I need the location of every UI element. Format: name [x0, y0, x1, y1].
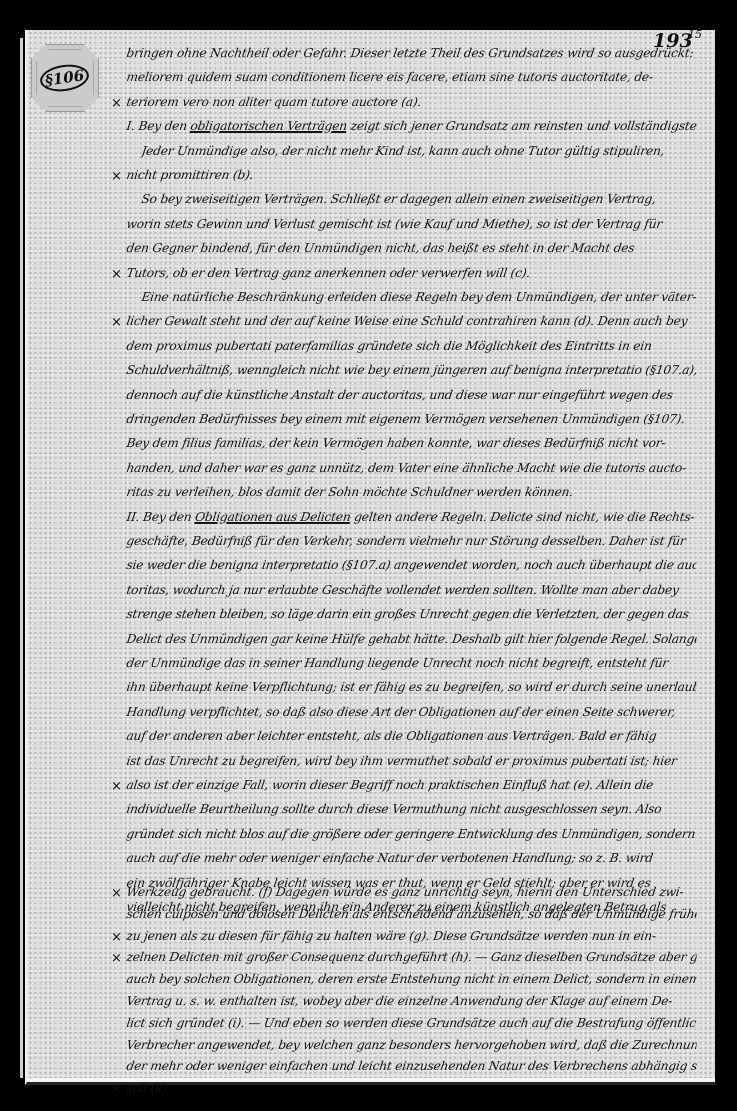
manuscript-line: den Gegner bindend, für den Unmündigen n… [125, 237, 698, 259]
margin-cross-mark: × [111, 927, 122, 949]
manuscript-line: bringen ohne Nachtheil oder Gefahr. Dies… [125, 42, 698, 64]
margin-cross-mark: × [111, 264, 122, 286]
manuscript-line: zelnen Delicten mit großer Consequenz du… [125, 946, 698, 968]
manuscript-line: dringenden Bedürfnisses bey einem mit ei… [125, 408, 698, 430]
manuscript-line: gründet sich nicht blos auf die größere … [125, 823, 698, 845]
manuscript-line: Delict des Unmündigen gar keine Hülfe ge… [125, 628, 698, 650]
manuscript-line: ritas zu verleihen, blos damit der Sohn … [125, 481, 698, 503]
manuscript-line: meliorem quidem suam conditionem licere … [125, 66, 698, 88]
manuscript-line: Handlung verpflichtet, so daß also diese… [125, 701, 698, 723]
manuscript-line: Verbrecher angewendet, bey welchen ganz … [125, 1034, 698, 1056]
manuscript-line: Jeder Unmündige also, der nicht mehr Kin… [140, 140, 698, 162]
folio-sub-number: 15 [688, 28, 702, 41]
margin-cross-mark: × [111, 883, 122, 905]
manuscript-line: So bey zweiseitigen Verträgen. Schließt … [140, 188, 698, 210]
underlined-heading: obligatorischen Verträgen [190, 119, 348, 133]
archive-stamp: §106 [31, 44, 99, 112]
manuscript-line: der mehr oder weniger einfachen und leic… [125, 1055, 698, 1077]
margin-cross-mark: × [111, 93, 122, 115]
manuscript-line: licher Gewalt steht und der auf keine We… [125, 310, 698, 332]
stamp-number: §106 [39, 62, 91, 95]
page-left-edge [20, 38, 23, 1078]
manuscript-line: I. Bey den obligatorischen Verträgen zei… [125, 115, 698, 137]
manuscript-line: Vertrag u. s. w. enthalten ist, wobey ab… [125, 990, 698, 1012]
underlined-heading: Obligationen aus Delicten [194, 510, 351, 524]
manuscript-line: zu jenen als zu diesen für fähig zu halt… [125, 925, 698, 947]
manuscript-line: dennoch auf die künstliche Anstalt der a… [125, 384, 698, 406]
manuscript-line: nicht promittiren (b). [125, 164, 698, 186]
manuscript-line: lict sich gründet (i). — Und eben so wer… [125, 1012, 698, 1034]
manuscript-line: ihn überhaupt keine Verpflichtung; ist e… [125, 676, 698, 698]
manuscript-line: worin stets Gewinn und Verlust gemischt … [125, 213, 698, 235]
archive-stamp-inner: §106 [36, 49, 94, 107]
manuscript-line: auf der anderen aber leichter entsteht, … [125, 725, 698, 747]
margin-cross-mark: × [111, 776, 122, 798]
margin-cross-mark: × [111, 948, 122, 970]
manuscript-line: individuelle Beurtheilung sollte durch d… [125, 798, 698, 820]
manuscript-line: also ist der einzige Fall, worin dieser … [125, 774, 698, 796]
manuscript-line: toritas, wodurch ja nur erlaubte Geschäf… [125, 579, 698, 601]
manuscript-line: Tutors, ob er den Vertrag ganz anerkenne… [125, 262, 698, 284]
manuscript-line: strenge stehen bleiben, so läge darin ei… [125, 603, 698, 625]
manuscript-line: Bey dem filius familias, der kein Vermög… [125, 432, 698, 454]
manuscript-line: teriorem vero non aliter quam tutore auc… [125, 91, 698, 113]
manuscript-line: Eine natürliche Beschränkung erleiden di… [140, 286, 698, 308]
manuscript-line: ist das Unrecht zu begreifen, wird bey i… [125, 750, 698, 772]
manuscript-line: dem proximus pubertati paterfamilias grü… [125, 335, 698, 357]
manuscript-line: Schuldverhältniß, wenngleich nicht wie b… [125, 359, 698, 381]
margin-cross-mark: × [111, 1079, 122, 1101]
manuscript-line: auch auf die mehr oder weniger einfache … [125, 847, 698, 869]
manuscript-line: handen, und daher war es ganz unnütz, de… [125, 457, 698, 479]
manuscript-line: schen culposen und dolosen Delicten als … [125, 903, 698, 925]
manuscript-line: geschäfte, Bedürfniß für den Verkehr, so… [125, 530, 698, 552]
manuscript-line: II. Bey den Obligationen aus Delicten ge… [125, 506, 698, 528]
manuscript-line: auch bey solchen Obligationen, deren ers… [125, 968, 698, 990]
manuscript-line: sie weder die benigna interpretatio (§10… [125, 554, 698, 576]
manuscript-line: Werkzeug gebraucht. (f) Dagegen würde es… [125, 881, 698, 903]
margin-cross-mark: × [111, 312, 122, 334]
manuscript-line: der Unmündige das in seiner Handlung lie… [125, 652, 698, 674]
manuscript-line: soll (k). [125, 1077, 698, 1099]
margin-cross-mark: × [111, 166, 122, 188]
